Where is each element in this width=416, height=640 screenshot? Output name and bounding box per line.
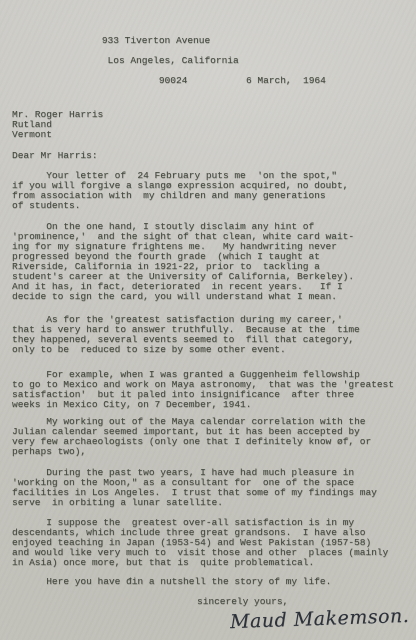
paragraph-3: As for the 'greatest satisfaction during… bbox=[12, 315, 412, 355]
recipient-address: Mr. Roger Harris Rutland Vermont bbox=[12, 110, 103, 140]
closing-line: sincerely yours, bbox=[197, 597, 288, 607]
paragraph-4: For example, when I was granted a Guggen… bbox=[12, 370, 412, 410]
letter-scan: 933 Tiverton Avenue Los Angeles, Califor… bbox=[0, 0, 416, 640]
paragraph-6: During the past two years, I have had mu… bbox=[12, 468, 412, 508]
sender-address: 933 Tiverton Avenue Los Angeles, Califor… bbox=[58, 36, 254, 96]
handwritten-signature: Maud Makemson. bbox=[230, 605, 410, 633]
salutation: Dear Mr Harris: bbox=[12, 151, 98, 161]
paragraph-1: Your letter of 24 February puts me 'on t… bbox=[12, 171, 412, 211]
letter-page: 933 Tiverton Avenue Los Angeles, Califor… bbox=[0, 0, 416, 640]
paragraph-7: I suppose the greatest over-all satisfac… bbox=[12, 518, 412, 568]
paragraph-2: On the one hand, I stoutly disclaim any … bbox=[12, 222, 412, 302]
sender-address-line1: 933 Tiverton Avenue bbox=[102, 35, 210, 46]
sender-address-line2: Los Angeles, California bbox=[108, 55, 239, 66]
paragraph-8: Here you have đin a nutshell the story o… bbox=[12, 577, 412, 587]
date-line: 6 March, 1964 bbox=[246, 76, 326, 86]
sender-address-line3: 90024 bbox=[159, 75, 188, 86]
paragraph-5: My working out of the Maya calendar corr… bbox=[12, 417, 412, 457]
